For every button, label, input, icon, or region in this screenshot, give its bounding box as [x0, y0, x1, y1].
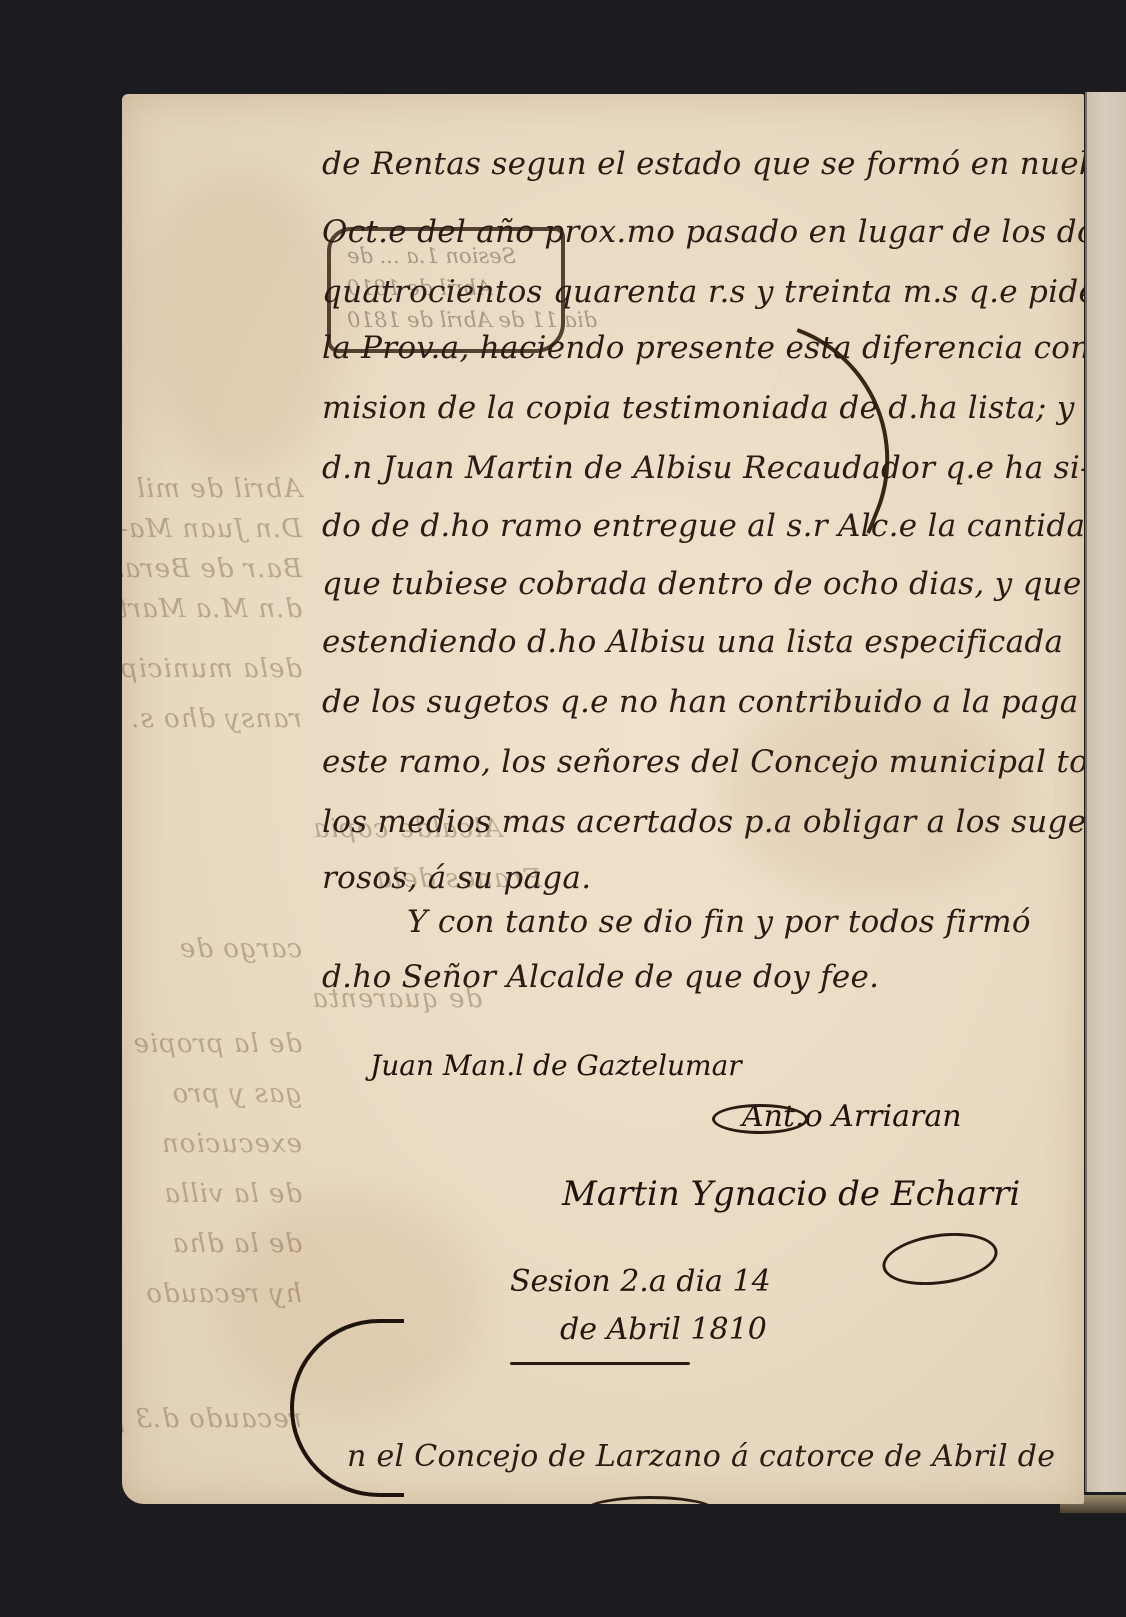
bleed-through-line: execucion: [161, 1129, 302, 1159]
body-line-6: d.n Juan Martin de Albisu Recaudador q.e…: [322, 450, 1084, 486]
body-line-11: este ramo, los señores del Concejo munic…: [322, 744, 1084, 780]
signature-flourish: [712, 1104, 808, 1134]
session-heading-line-1: Sesion 2.a dia 14: [510, 1264, 771, 1299]
bleed-through-line: de la dha: [172, 1229, 302, 1259]
bleed-through-line: ransy dho s.: [130, 704, 302, 734]
bleed-through-line: de la villa: [163, 1179, 302, 1209]
session-heading-line-2: de Abril 1810: [560, 1312, 767, 1347]
bleed-through-line: cargo de: [179, 934, 302, 964]
heading-underline: [510, 1362, 690, 1365]
next-entry-line: n el Concejo de Larzano á catorce de Abr…: [347, 1439, 1055, 1474]
manuscript-page: Abril de mil D.n Juan Ma- Ba.r de Berasa…: [122, 94, 1084, 1504]
body-line-5: mision de la copia testimoniada de d.ha …: [322, 390, 1084, 426]
body-line-9: estendiendo d.ho Albisu una lista especi…: [322, 624, 1063, 660]
body-line-2: Oct.e del año prox.mo pasado en lugar de…: [322, 214, 1084, 250]
body-line-13: rosos, á su paga.: [322, 860, 591, 896]
body-line-15: d.ho Señor Alcalde de que doy fee.: [322, 959, 879, 995]
body-line-10: de los sugetos q.e no han contribuido a …: [322, 684, 1084, 720]
ornamental-knot: [582, 1496, 718, 1504]
paper-stain: [142, 174, 342, 474]
body-line-1: de Rentas segun el estado que se formó e…: [322, 146, 1084, 182]
bleed-through-line: Abril de mil: [136, 474, 302, 504]
body-line-12: los medios mas acertados p.a obligar a l…: [322, 804, 1084, 840]
bleed-through-line: dela municipali: [122, 654, 302, 684]
body-line-8: que tubiese cobrada dentro de ocho dias,…: [322, 566, 1082, 602]
bleed-through-line: recaudo d.3 p.s: [122, 1404, 302, 1434]
signature-gaztelumar: Juan Man.l de Gaztelumar: [370, 1049, 742, 1082]
bleed-through-line: D.n Juan Ma-: [122, 514, 302, 544]
stamp-text-line: dia 11 de Abril de 1810: [347, 308, 597, 332]
body-line-4: la Prov.a, haciendo presente esta difere…: [322, 330, 1084, 366]
paper-stain: [722, 694, 1022, 894]
bleed-through-line: Ba.r de Berasa-: [122, 554, 302, 584]
bleed-through-line: d.n M.a Mart.: [122, 594, 302, 624]
body-line-3: quatrocientos quarenta r.s y treinta m.s…: [322, 274, 1084, 310]
scanned-manuscript: Abril de mil D.n Juan Ma- Ba.r de Berasa…: [0, 0, 1126, 1617]
bleed-through-line: de la propie: [133, 1029, 302, 1059]
bleed-through-line: hy recaudo: [145, 1279, 302, 1309]
signature-echarri: Martin Ygnacio de Echarri: [562, 1174, 1020, 1214]
body-line-7: do de d.ho ramo entregue al s.r Alc.e la…: [322, 508, 1084, 544]
signature-flourish: [879, 1226, 1001, 1292]
bleed-through-line: gas y pro: [172, 1079, 302, 1109]
body-line-14: Y con tanto se dio fin y por todos firmó: [407, 904, 1031, 940]
adjacent-page-edge: [1085, 92, 1126, 1492]
